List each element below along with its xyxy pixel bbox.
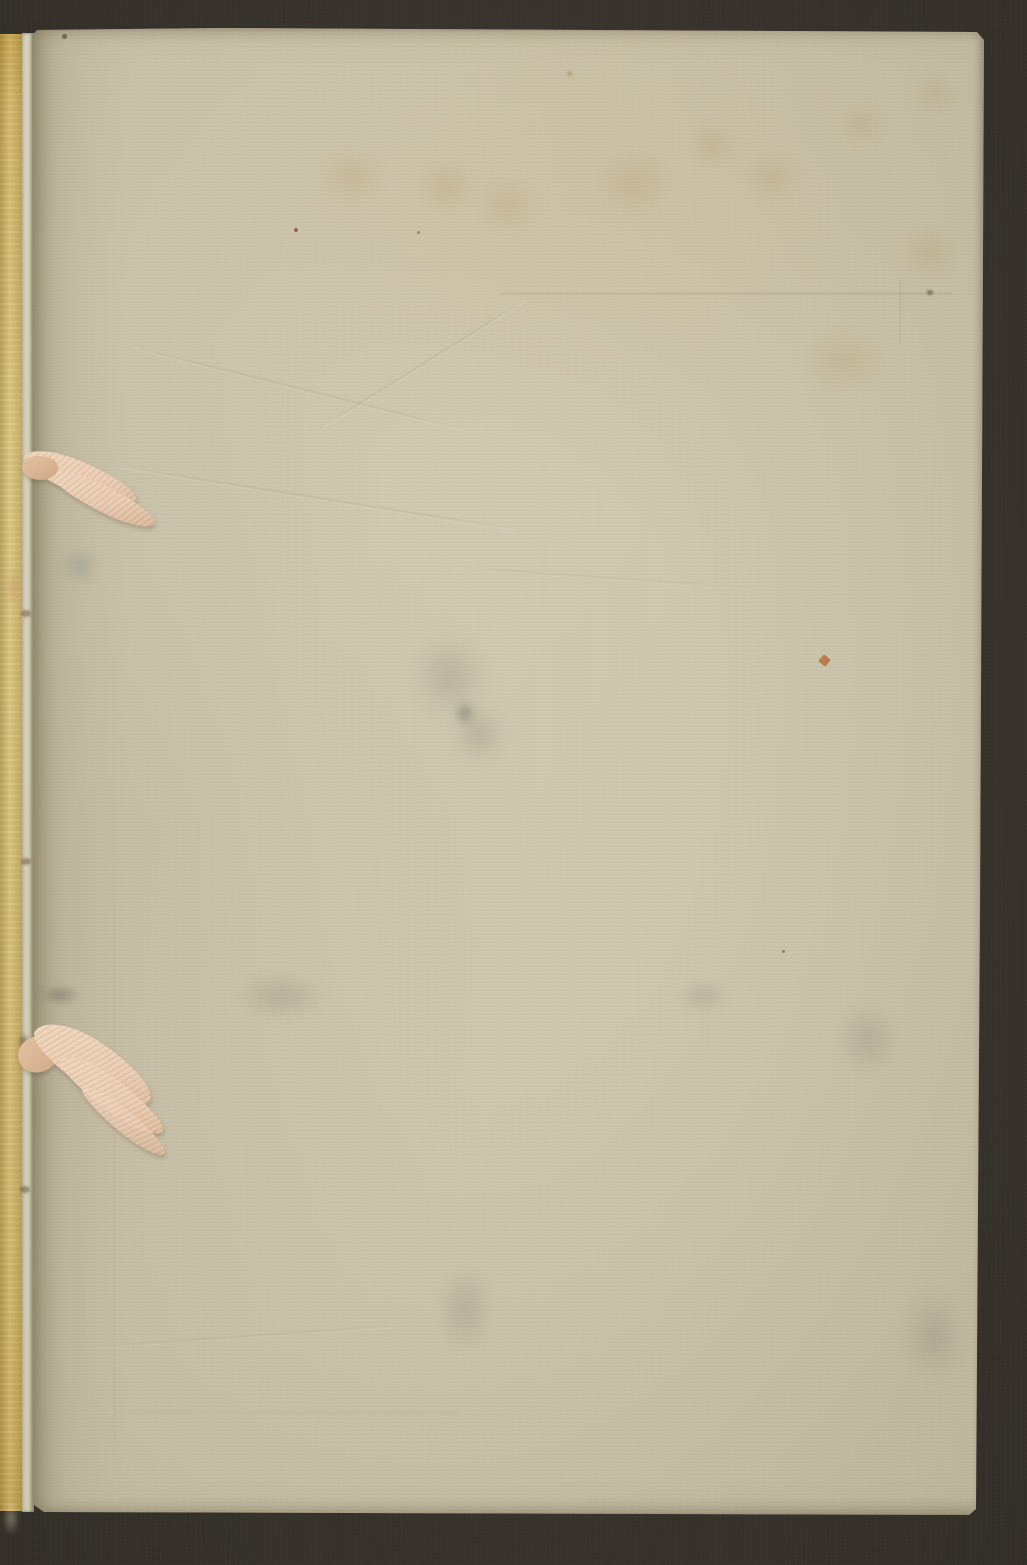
spine-frayed-edge <box>0 1496 22 1540</box>
paper-speck <box>782 950 785 953</box>
crease-line <box>452 566 751 589</box>
ink-smudge <box>452 698 478 728</box>
binding-gutter <box>22 33 34 1512</box>
paper-speck <box>566 70 573 78</box>
red-accent-spot <box>818 654 831 667</box>
bleedthrough-line <box>114 1412 459 1413</box>
ink-smudge <box>828 994 908 1084</box>
foxing-stain <box>908 68 962 120</box>
foxing-stain <box>788 316 898 406</box>
bleedthrough-line <box>500 293 952 294</box>
foxing-stain <box>304 138 400 218</box>
foxing-stain <box>828 94 894 154</box>
paper-speck <box>417 231 420 234</box>
foxing-stain <box>888 216 968 288</box>
ink-smudge <box>430 1254 500 1364</box>
foxing-stain <box>464 166 550 246</box>
sewing-notch <box>21 858 31 865</box>
crease-line <box>132 346 462 430</box>
bleedthrough-dot <box>927 290 933 295</box>
spine-red-stain <box>4 564 22 612</box>
book-scan <box>0 0 1027 1565</box>
paper-binding-tie-bottom <box>14 1018 204 1188</box>
paper-speck <box>62 34 67 39</box>
sewing-notch <box>21 610 31 617</box>
ink-smudge <box>892 1276 976 1396</box>
bleedthrough-line <box>900 280 901 342</box>
paper-speck <box>294 228 298 232</box>
foxing-stain <box>584 138 684 228</box>
crease-line <box>92 1325 391 1348</box>
blank-page <box>32 26 984 1515</box>
ink-smudge <box>668 974 738 1018</box>
ink-smudge <box>222 966 342 1026</box>
paper-binding-tie-top <box>20 450 190 560</box>
crease-line <box>321 299 526 428</box>
foxing-stain <box>734 144 810 210</box>
ink-smudge <box>34 984 86 1006</box>
